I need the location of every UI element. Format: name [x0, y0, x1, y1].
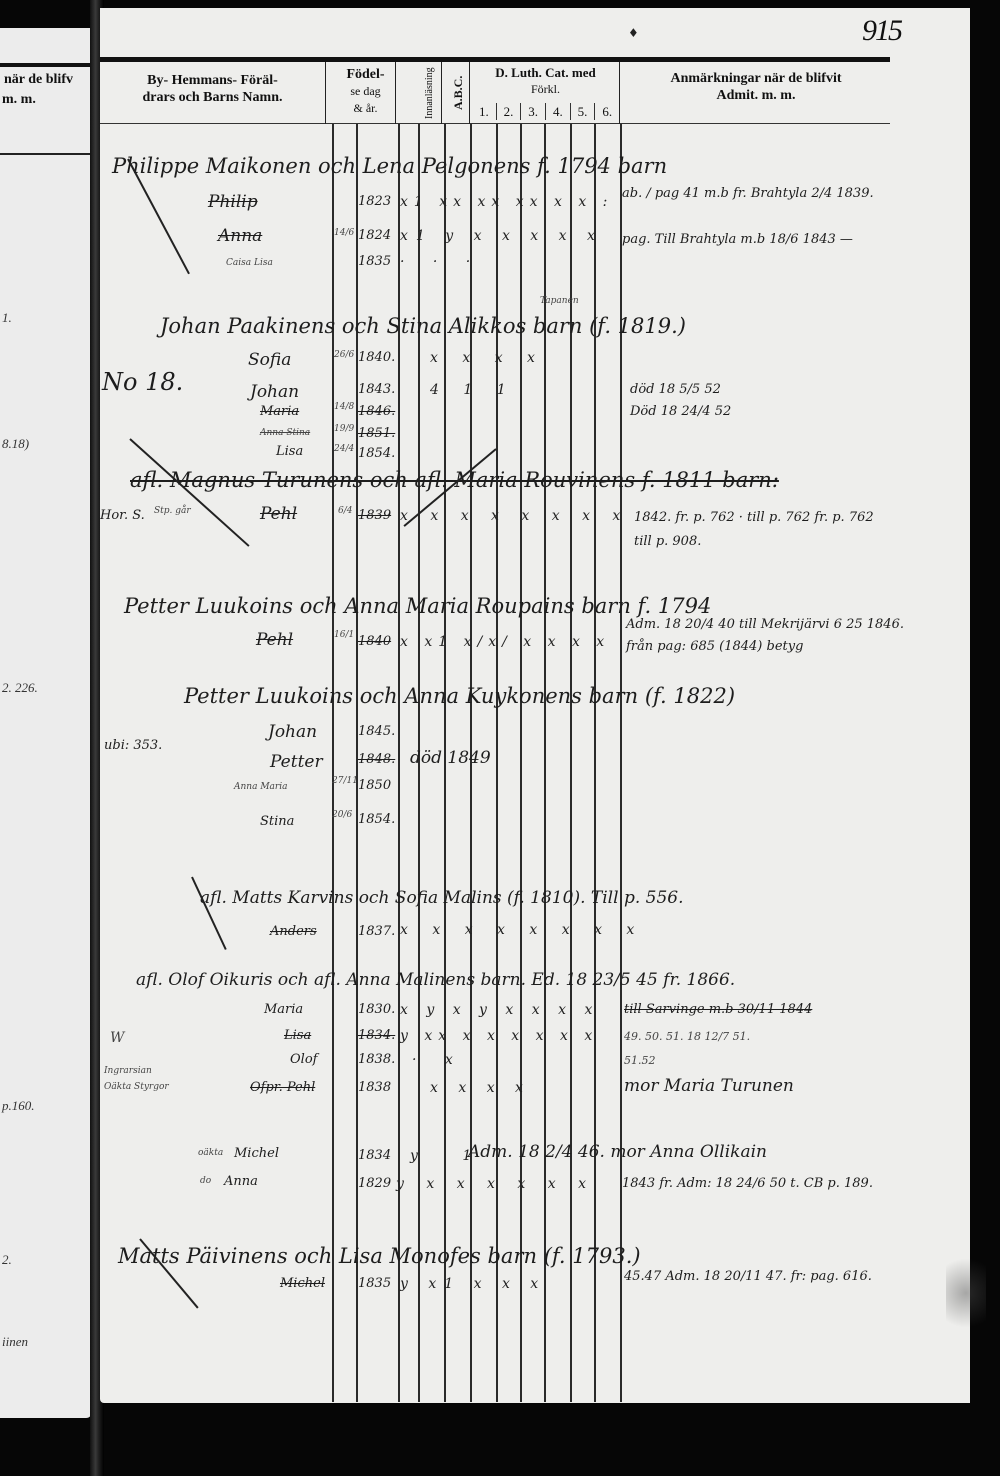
- child-name: Petter: [270, 752, 323, 772]
- number-mark: No 18.: [102, 368, 183, 396]
- remark: 49. 50. 51. 18 12/7 51.: [624, 1030, 750, 1043]
- child-date: 6/4: [338, 506, 352, 516]
- child-date: 19/9: [334, 424, 354, 434]
- child-year: 1848.: [358, 752, 395, 767]
- family-heading: Petter Luukoins och Anna Kuykonens barn …: [184, 684, 735, 708]
- child-date: 14/8: [334, 402, 354, 412]
- child-name: Anna: [224, 1174, 258, 1189]
- child-year: 1850: [358, 778, 391, 793]
- child-year: 1846.: [358, 404, 395, 419]
- child-year: 1854.: [358, 446, 395, 461]
- child-date: 20/6: [332, 810, 352, 820]
- left-header-text-1: när de blifv: [4, 72, 73, 88]
- family-heading: Petter Luukoins och Anna Maria Roupains …: [124, 594, 711, 618]
- margin-note: Oäkta Styrgor: [104, 1082, 169, 1092]
- left-margin-note: 2. 226.: [2, 680, 38, 696]
- family-heading: Matts Päivinens och Lisa Monofes barn (f…: [118, 1244, 641, 1268]
- catechism-marks: x x x x x x x x: [400, 922, 644, 938]
- catechism-marks: 4 1 1: [430, 382, 516, 398]
- page-number: 915: [862, 14, 901, 48]
- child-year: 1835: [358, 254, 391, 269]
- catechism-marks: x1 xx xx xx x x :: [400, 194, 613, 210]
- left-margin-note: 8.18): [2, 436, 29, 452]
- margin-note: Hor. S.: [100, 508, 145, 523]
- child-name: Pehl: [256, 630, 293, 650]
- child-year: 1854.: [358, 812, 395, 827]
- child-name: Anna: [218, 226, 262, 246]
- catechism-marks: x x x x x x x x: [400, 508, 629, 524]
- catechism-marks: x y x y x x x x: [400, 1002, 599, 1018]
- family-heading: afl. Magnus Turunens och afl. Maria Rouv…: [130, 468, 779, 492]
- left-margin-note: p.160.: [2, 1098, 35, 1114]
- child-name: Michel: [234, 1146, 279, 1161]
- margin-note: Stp. går: [154, 506, 191, 516]
- catechism-marks: x x x x: [430, 1080, 531, 1096]
- margin-note: W: [110, 1030, 124, 1046]
- child-year: 1823: [358, 194, 391, 209]
- child-name: Philip: [208, 192, 258, 212]
- remark: 1842. fr. p. 762 · till p. 762 fr. p. 76…: [634, 506, 894, 554]
- child-year: 1843.: [358, 382, 395, 397]
- top-mark: ♦: [628, 26, 639, 40]
- child-name: Caisa Lisa: [226, 258, 273, 268]
- child-year: 1834: [358, 1148, 391, 1163]
- header-birth-date: Födel- se dag & år.: [336, 62, 396, 124]
- child-date: 27/11: [332, 776, 358, 786]
- child-name: Ofpr. Pehl: [250, 1080, 315, 1095]
- child-year: 1840: [358, 634, 391, 649]
- remark: Död 18 24/4 52: [630, 404, 731, 419]
- catechism-marks: y xx x x x x x x: [400, 1028, 598, 1044]
- left-margin-note: 1.: [2, 310, 12, 326]
- child-name: Johan: [268, 722, 317, 742]
- left-header-text-2: m. m.: [2, 92, 36, 108]
- child-year: 1829: [358, 1176, 391, 1191]
- child-year: 1838.: [358, 1052, 395, 1067]
- margin-note: Ingrarsian: [104, 1066, 152, 1076]
- catechism-marks: · · ·: [400, 254, 482, 270]
- child-year: 1834.: [358, 1028, 395, 1043]
- remark: död 18 5/5 52: [630, 382, 721, 397]
- catechism-marks: · x: [412, 1052, 465, 1068]
- header-abc: A.B.C.: [446, 62, 470, 124]
- child-name: Michel: [280, 1276, 325, 1291]
- child-name: Maria: [260, 404, 299, 419]
- remark: 1843 fr. Adm: 18 24/6 50 t. CB p. 189.: [622, 1176, 873, 1191]
- child-name: Anna Maria: [234, 782, 287, 792]
- margin-note: ubi: 353.: [104, 738, 162, 753]
- register-page: ♦ 915 By- Hemmans- Föräl- drars och Barn…: [100, 8, 970, 1403]
- child-year: 1824: [358, 228, 391, 243]
- child-prefix: oäkta: [198, 1148, 223, 1158]
- child-year: 1840.: [358, 350, 395, 365]
- catechism-marks: x x x x: [430, 350, 545, 366]
- table-header: By- Hemmans- Föräl- drars och Barns Namn…: [100, 62, 890, 124]
- family-heading: Philippe Maikonen och Lena Pelgonens f. …: [112, 154, 667, 178]
- child-year: 1830.: [358, 1002, 395, 1017]
- remark: 45.47 Adm. 18 20/11 47. fr: pag. 616.: [624, 1266, 874, 1288]
- child-name: Sofia: [248, 350, 291, 370]
- child-year: 1838: [358, 1080, 391, 1095]
- child-name: Anna Stina: [260, 428, 310, 438]
- remark: pag. Till Brahtyla m.b 18/6 1843 —: [622, 232, 853, 247]
- family-heading: afl. Olof Oikuris och afl. Anna Malinens…: [136, 970, 735, 990]
- left-facing-page: när de blifv m. m. 1. 8.18) 2. 226. p.16…: [0, 28, 92, 1418]
- child-name: Stina: [260, 814, 294, 829]
- child-year: 1851.: [358, 426, 395, 441]
- family-heading: Johan Paakinens och Stina Alikkos barn (…: [160, 314, 686, 338]
- child-date: 14/6: [334, 228, 354, 238]
- remark: mor Maria Turunen: [624, 1076, 794, 1096]
- child-name: Lisa: [284, 1028, 311, 1043]
- child-name: Maria: [264, 1002, 303, 1017]
- child-name: Anders: [270, 924, 317, 939]
- child-year: 1845.: [358, 724, 395, 739]
- remark: Adm. 18 2/4 46. mor Anna Ollikain: [468, 1142, 767, 1162]
- cancellation-stroke: [129, 438, 249, 547]
- family-note: Tapanen: [540, 296, 579, 306]
- register-scan: när de blifv m. m. 1. 8.18) 2. 226. p.16…: [0, 0, 1000, 1476]
- header-catechism: D. Luth. Cat. med Förkl. 1. 2. 3. 4. 5. …: [472, 62, 620, 124]
- child-date: 24/4: [334, 444, 354, 454]
- death-note: död 1849: [410, 748, 491, 768]
- child-name: Johan: [250, 382, 299, 402]
- catechism-marks: y x1 x x x: [400, 1276, 546, 1292]
- child-year: 1839: [358, 508, 391, 523]
- ink-smudge: [946, 1248, 986, 1338]
- catechism-marks: y x x x x x x: [396, 1176, 595, 1192]
- catechism-marks: x x1 x/x/ x x x x: [400, 634, 610, 650]
- catechism-marks: x1 y x x x x x: [400, 228, 603, 244]
- remark: Adm. 18 20/4 40 till Mekrijärvi 6 25 184…: [626, 614, 916, 658]
- child-name: Pehl: [260, 504, 297, 524]
- child-prefix: do: [200, 1176, 211, 1186]
- child-date: 16/1: [334, 630, 354, 640]
- child-year: 1837.: [358, 924, 395, 939]
- left-margin-note: 2.: [2, 1252, 12, 1268]
- family-heading: afl. Matts Karvins och Sofia Malins (f. …: [200, 888, 683, 908]
- remark: ab. / pag 41 m.b fr. Brahtyla 2/4 1839.: [622, 186, 874, 201]
- header-names: By- Hemmans- Föräl- drars och Barns Namn…: [100, 62, 326, 124]
- child-year: 1835: [358, 1276, 391, 1291]
- left-margin-note: iinen: [2, 1334, 28, 1350]
- header-remarks: Anmärkningar när de blifvit Admit. m. m.: [622, 62, 890, 124]
- catechism-numbers: 1. 2. 3. 4. 5. 6.: [472, 103, 619, 120]
- header-innanlasning: Innanläsning: [418, 62, 442, 124]
- child-date: 26/6: [334, 350, 354, 360]
- remark: 51.52: [624, 1054, 656, 1067]
- remark: till Sarvinge m.b 30/11 1844: [624, 1002, 812, 1017]
- child-name: Lisa: [276, 444, 303, 459]
- child-name: Olof: [290, 1052, 317, 1067]
